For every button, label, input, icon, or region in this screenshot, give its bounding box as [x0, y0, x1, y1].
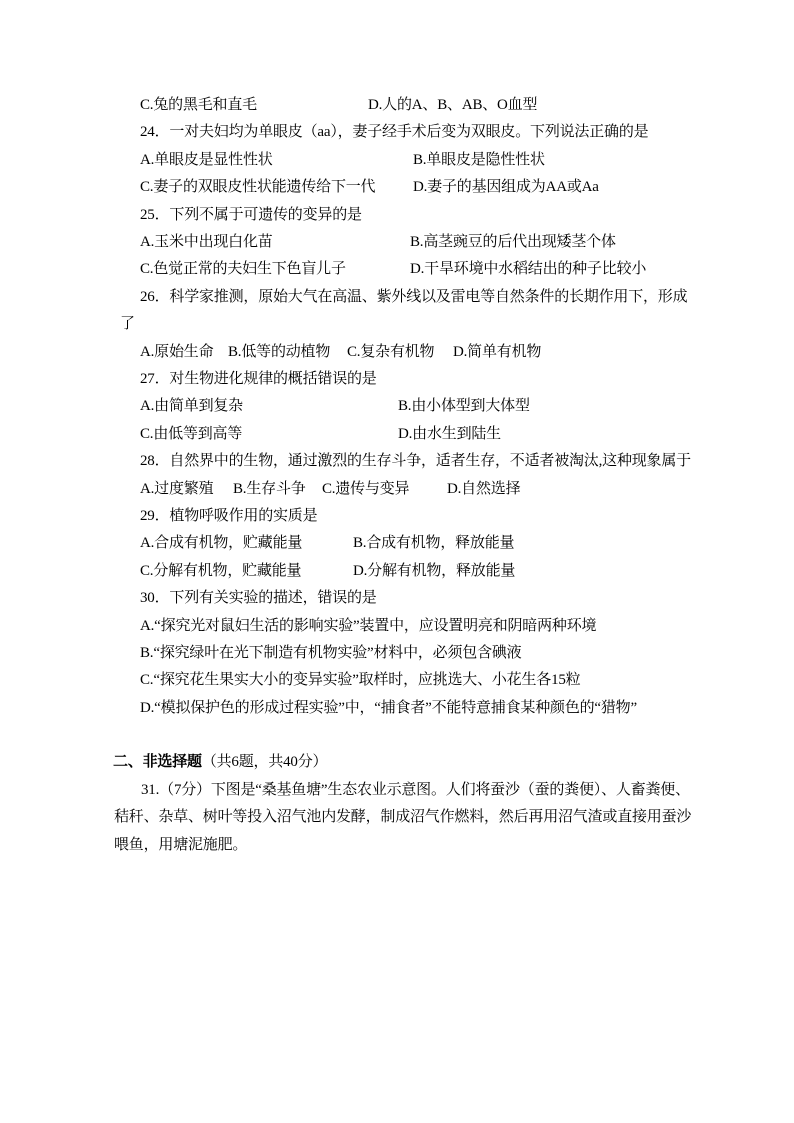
- q25-options-ab: A.玉米中出现白化苗B.高茎豌豆的后代出现矮茎个体: [0, 233, 794, 257]
- text-segment: 29．植物呼吸作用的实质是: [140, 507, 317, 526]
- text-segment: B.低等的动植物: [228, 343, 330, 362]
- text-segment: 26．科学家推测，原始大气在高温、紫外线以及雷电等自然条件的长期作用下，形成: [140, 288, 687, 307]
- q30-option-b: B.“探究绿叶在光下制造有机物实验”材料中，必须包含碘液: [0, 644, 794, 668]
- text-segment: A.“探究光对鼠妇生活的影响实验”装置中，应设置明亮和阴暗两种环境: [140, 617, 596, 636]
- question-27: 27．对生物进化规律的概括错误的是: [0, 370, 794, 394]
- question-31-continuation-1: 秸秆、杂草、树叶等投入沼气池内发酵，制成沼气作燃料，然后再用沼气渣或直接用蚕沙: [0, 808, 794, 832]
- text-segment: D.简单有机物: [453, 343, 541, 362]
- text-segment: C.遗传与变异: [322, 480, 409, 499]
- q27-options-ab: A.由简单到复杂B.由小体型到大体型: [0, 397, 794, 421]
- text-segment: B.“探究绿叶在光下制造有机物实验”材料中，必须包含碘液: [140, 644, 521, 663]
- text-segment: B.单眼皮是隐性性状: [413, 151, 545, 170]
- question-26-continuation: 了: [0, 315, 794, 339]
- q26-options-abcd: A.原始生命B.低等的动植物C.复杂有机物D.简单有机物: [0, 343, 794, 367]
- text-segment: C.复杂有机物: [347, 343, 434, 362]
- text-segment: D.分解有机物，释放能量: [353, 562, 515, 581]
- text-segment: A.玉米中出现白化苗: [140, 233, 273, 252]
- text-segment: A.原始生命: [140, 343, 213, 362]
- exam-document-page: C.兔的黑毛和直毛D.人的A、B、AB、O血型24．一对夫妇均为单眼皮（aa），…: [0, 0, 794, 1123]
- text-segment: （共6题，共40分）: [202, 754, 328, 770]
- question-26: 26．科学家推测，原始大气在高温、紫外线以及雷电等自然条件的长期作用下，形成: [0, 288, 794, 312]
- text-segment: B.生存斗争: [233, 480, 306, 499]
- text-segment: D.妻子的基因组成为AA或Aa: [413, 178, 599, 197]
- text-segment: C.兔的黑毛和直毛: [140, 96, 257, 115]
- text-segment: C.“探究花生果实大小的变异实验”取样时，应挑选大、小花生各15粒: [140, 671, 580, 690]
- q24-options-ab: A.单眼皮是显性性状B.单眼皮是隐性性状: [0, 151, 794, 175]
- question-25: 25．下列不属于可遗传的变异的是: [0, 206, 794, 230]
- question-29: 29．植物呼吸作用的实质是: [0, 507, 794, 531]
- text-segment: 秸秆、杂草、树叶等投入沼气池内发酵，制成沼气作燃料，然后再用沼气渣或直接用蚕沙: [114, 808, 691, 827]
- text-segment: 27．对生物进化规律的概括错误的是: [140, 370, 377, 389]
- text-segment: 31.（7分）下图是“桑基鱼塘”生态农业示意图。人们将蚕沙（蚕的粪便）、人畜粪便…: [141, 781, 690, 800]
- text-segment: 25．下列不属于可遗传的变异的是: [140, 206, 362, 225]
- q29-options-cd: C.分解有机物，贮藏能量D.分解有机物，释放能量: [0, 562, 794, 586]
- text-segment: 30．下列有关实验的描述，错误的是: [140, 589, 377, 608]
- text-segment: C.妻子的双眼皮性状能遗传给下一代: [140, 178, 375, 197]
- question-30: 30．下列有关实验的描述，错误的是: [0, 589, 794, 613]
- text-segment: C.色觉正常的夫妇生下色盲儿子: [140, 260, 346, 279]
- text-segment: D.干旱环境中水稻结出的种子比较小: [410, 260, 646, 279]
- text-segment: A.合成有机物，贮藏能量: [140, 534, 302, 553]
- q28-options-abcd: A.过度繁殖B.生存斗争C.遗传与变异D.自然选择: [0, 480, 794, 504]
- text-segment: D.“模拟保护色的形成过程实验”中，“捕食者”不能特意捕食某种颜色的“猎物”: [140, 699, 637, 718]
- text-segment: A.单眼皮是显性性状: [140, 151, 273, 170]
- q30-option-a: A.“探究光对鼠妇生活的影响实验”装置中，应设置明亮和阴暗两种环境: [0, 617, 794, 641]
- text-segment: A.由简单到复杂: [140, 397, 243, 416]
- text-segment: 24．一对夫妇均为单眼皮（aa），妻子经手术后变为双眼皮。下列说法正确的是: [140, 123, 648, 142]
- q29-options-ab: A.合成有机物，贮藏能量B.合成有机物，释放能量: [0, 534, 794, 558]
- text-segment: B.合成有机物，释放能量: [353, 534, 514, 553]
- text-segment: C.分解有机物，贮藏能量: [140, 562, 301, 581]
- text-segment: D.由水生到陆生: [398, 425, 501, 444]
- text-segment: A.过度繁殖: [140, 480, 213, 499]
- question-31: 31.（7分）下图是“桑基鱼塘”生态农业示意图。人们将蚕沙（蚕的粪便）、人畜粪便…: [0, 781, 794, 805]
- q30-option-c: C.“探究花生果实大小的变异实验”取样时，应挑选大、小花生各15粒: [0, 671, 794, 695]
- text-segment: D.人的A、B、AB、O血型: [368, 96, 537, 115]
- text-segment: B.高茎豌豆的后代出现矮茎个体: [410, 233, 616, 252]
- section-heading-label: 二、非选择题: [113, 753, 202, 770]
- text-segment: 喂鱼，用塘泥施肥。: [114, 836, 247, 855]
- question-24: 24．一对夫妇均为单眼皮（aa），妻子经手术后变为双眼皮。下列说法正确的是: [0, 123, 794, 147]
- text-segment: B.由小体型到大体型: [398, 397, 530, 416]
- q24-options-cd: C.妻子的双眼皮性状能遗传给下一代D.妻子的基因组成为AA或Aa: [0, 178, 794, 202]
- q25-options-cd: C.色觉正常的夫妇生下色盲儿子D.干旱环境中水稻结出的种子比较小: [0, 260, 794, 284]
- text-segment: 28．自然界中的生物，通过激烈的生存斗争，适者生存，不适者被淘汰,这种现象属于: [140, 452, 691, 471]
- question-28: 28．自然界中的生物，通过激烈的生存斗争，适者生存，不适者被淘汰,这种现象属于: [0, 452, 794, 476]
- section-2-heading: 二、非选择题（共6题，共40分）: [0, 752, 794, 776]
- q27-options-cd: C.由低等到高等D.由水生到陆生: [0, 425, 794, 449]
- q30-option-d: D.“模拟保护色的形成过程实验”中，“捕食者”不能特意捕食某种颜色的“猎物”: [0, 699, 794, 723]
- text-segment: C.由低等到高等: [140, 425, 242, 444]
- q23-options-cd: C.兔的黑毛和直毛D.人的A、B、AB、O血型: [0, 96, 794, 120]
- question-31-continuation-2: 喂鱼，用塘泥施肥。: [0, 836, 794, 860]
- text-segment: 了: [120, 315, 135, 334]
- text-segment: D.自然选择: [447, 480, 520, 499]
